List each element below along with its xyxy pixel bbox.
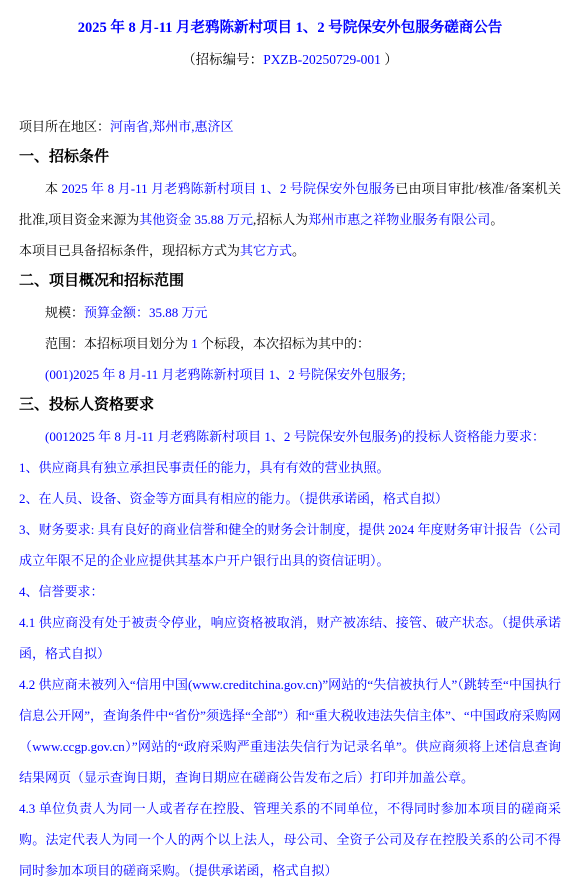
- section2-scope-line: 范围：本招标项目划分为 1 个标段，本次招标为其中的：: [19, 328, 561, 359]
- document-title: 2025 年 8 月-11 月老鸦陈新村项目 1、2 号院保安外包服务磋商公告: [19, 18, 561, 38]
- tender-number-line: （招标编号：PXZB-20250729-001 ）: [19, 51, 561, 69]
- section1-paragraph-approval: 本 2025 年 8 月-11 月老鸦陈新村项目 1、2 号院保安外包服务已由项…: [19, 173, 561, 235]
- document-body: 项目所在地区：河南省,郑州市,惠济区 一、招标条件 本 2025 年 8 月-1…: [19, 111, 561, 886]
- section2-scale-line: 规模：预算金额：35.88 万元: [19, 297, 561, 328]
- document-page: 2025 年 8 月-11 月老鸦陈新村项目 1、2 号院保安外包服务磋商公告 …: [0, 0, 579, 891]
- section1-heading: 一、招标条件: [19, 142, 561, 173]
- requirement-1: 1、供应商具有独立承担民事责任的能力，具有有效的营业执照。: [19, 452, 561, 483]
- section2-lot-line: (001)2025 年 8 月-11 月老鸦陈新村项目 1、2 号院保安外包服务…: [19, 359, 561, 390]
- requirement-4-3: 4.3 单位负责人为同一人或者存在控股、管理关系的不同单位，不得同时参加本项目的…: [19, 793, 561, 886]
- section1-paragraph-method: 本项目已具备招标条件，现招标方式为其它方式。: [19, 235, 561, 266]
- section2-heading: 二、项目概况和招标范围: [19, 266, 561, 297]
- requirement-3: 3、财务要求: 具有良好的商业信誉和健全的财务会计制度，提供 2024 年度财务…: [19, 514, 561, 576]
- project-location-line: 项目所在地区：河南省,郑州市,惠济区: [19, 111, 561, 142]
- requirement-4: 4、信誉要求：: [19, 576, 561, 607]
- requirement-4-1: 4.1 供应商没有处于被责令停业，响应资格被取消，财产被冻结、接管、破产状态。（…: [19, 607, 561, 669]
- requirement-2: 2、在人员、设备、资金等方面具有相应的能力。（提供承诺函，格式自拟）: [19, 483, 561, 514]
- section3-intro-line: (0012025 年 8 月-11 月老鸦陈新村项目 1、2 号院保安外包服务)…: [19, 421, 561, 452]
- section3-heading: 三、投标人资格要求: [19, 390, 561, 421]
- requirement-4-2: 4.2 供应商未被列入“信用中国(www.creditchina.gov.cn)…: [19, 669, 561, 793]
